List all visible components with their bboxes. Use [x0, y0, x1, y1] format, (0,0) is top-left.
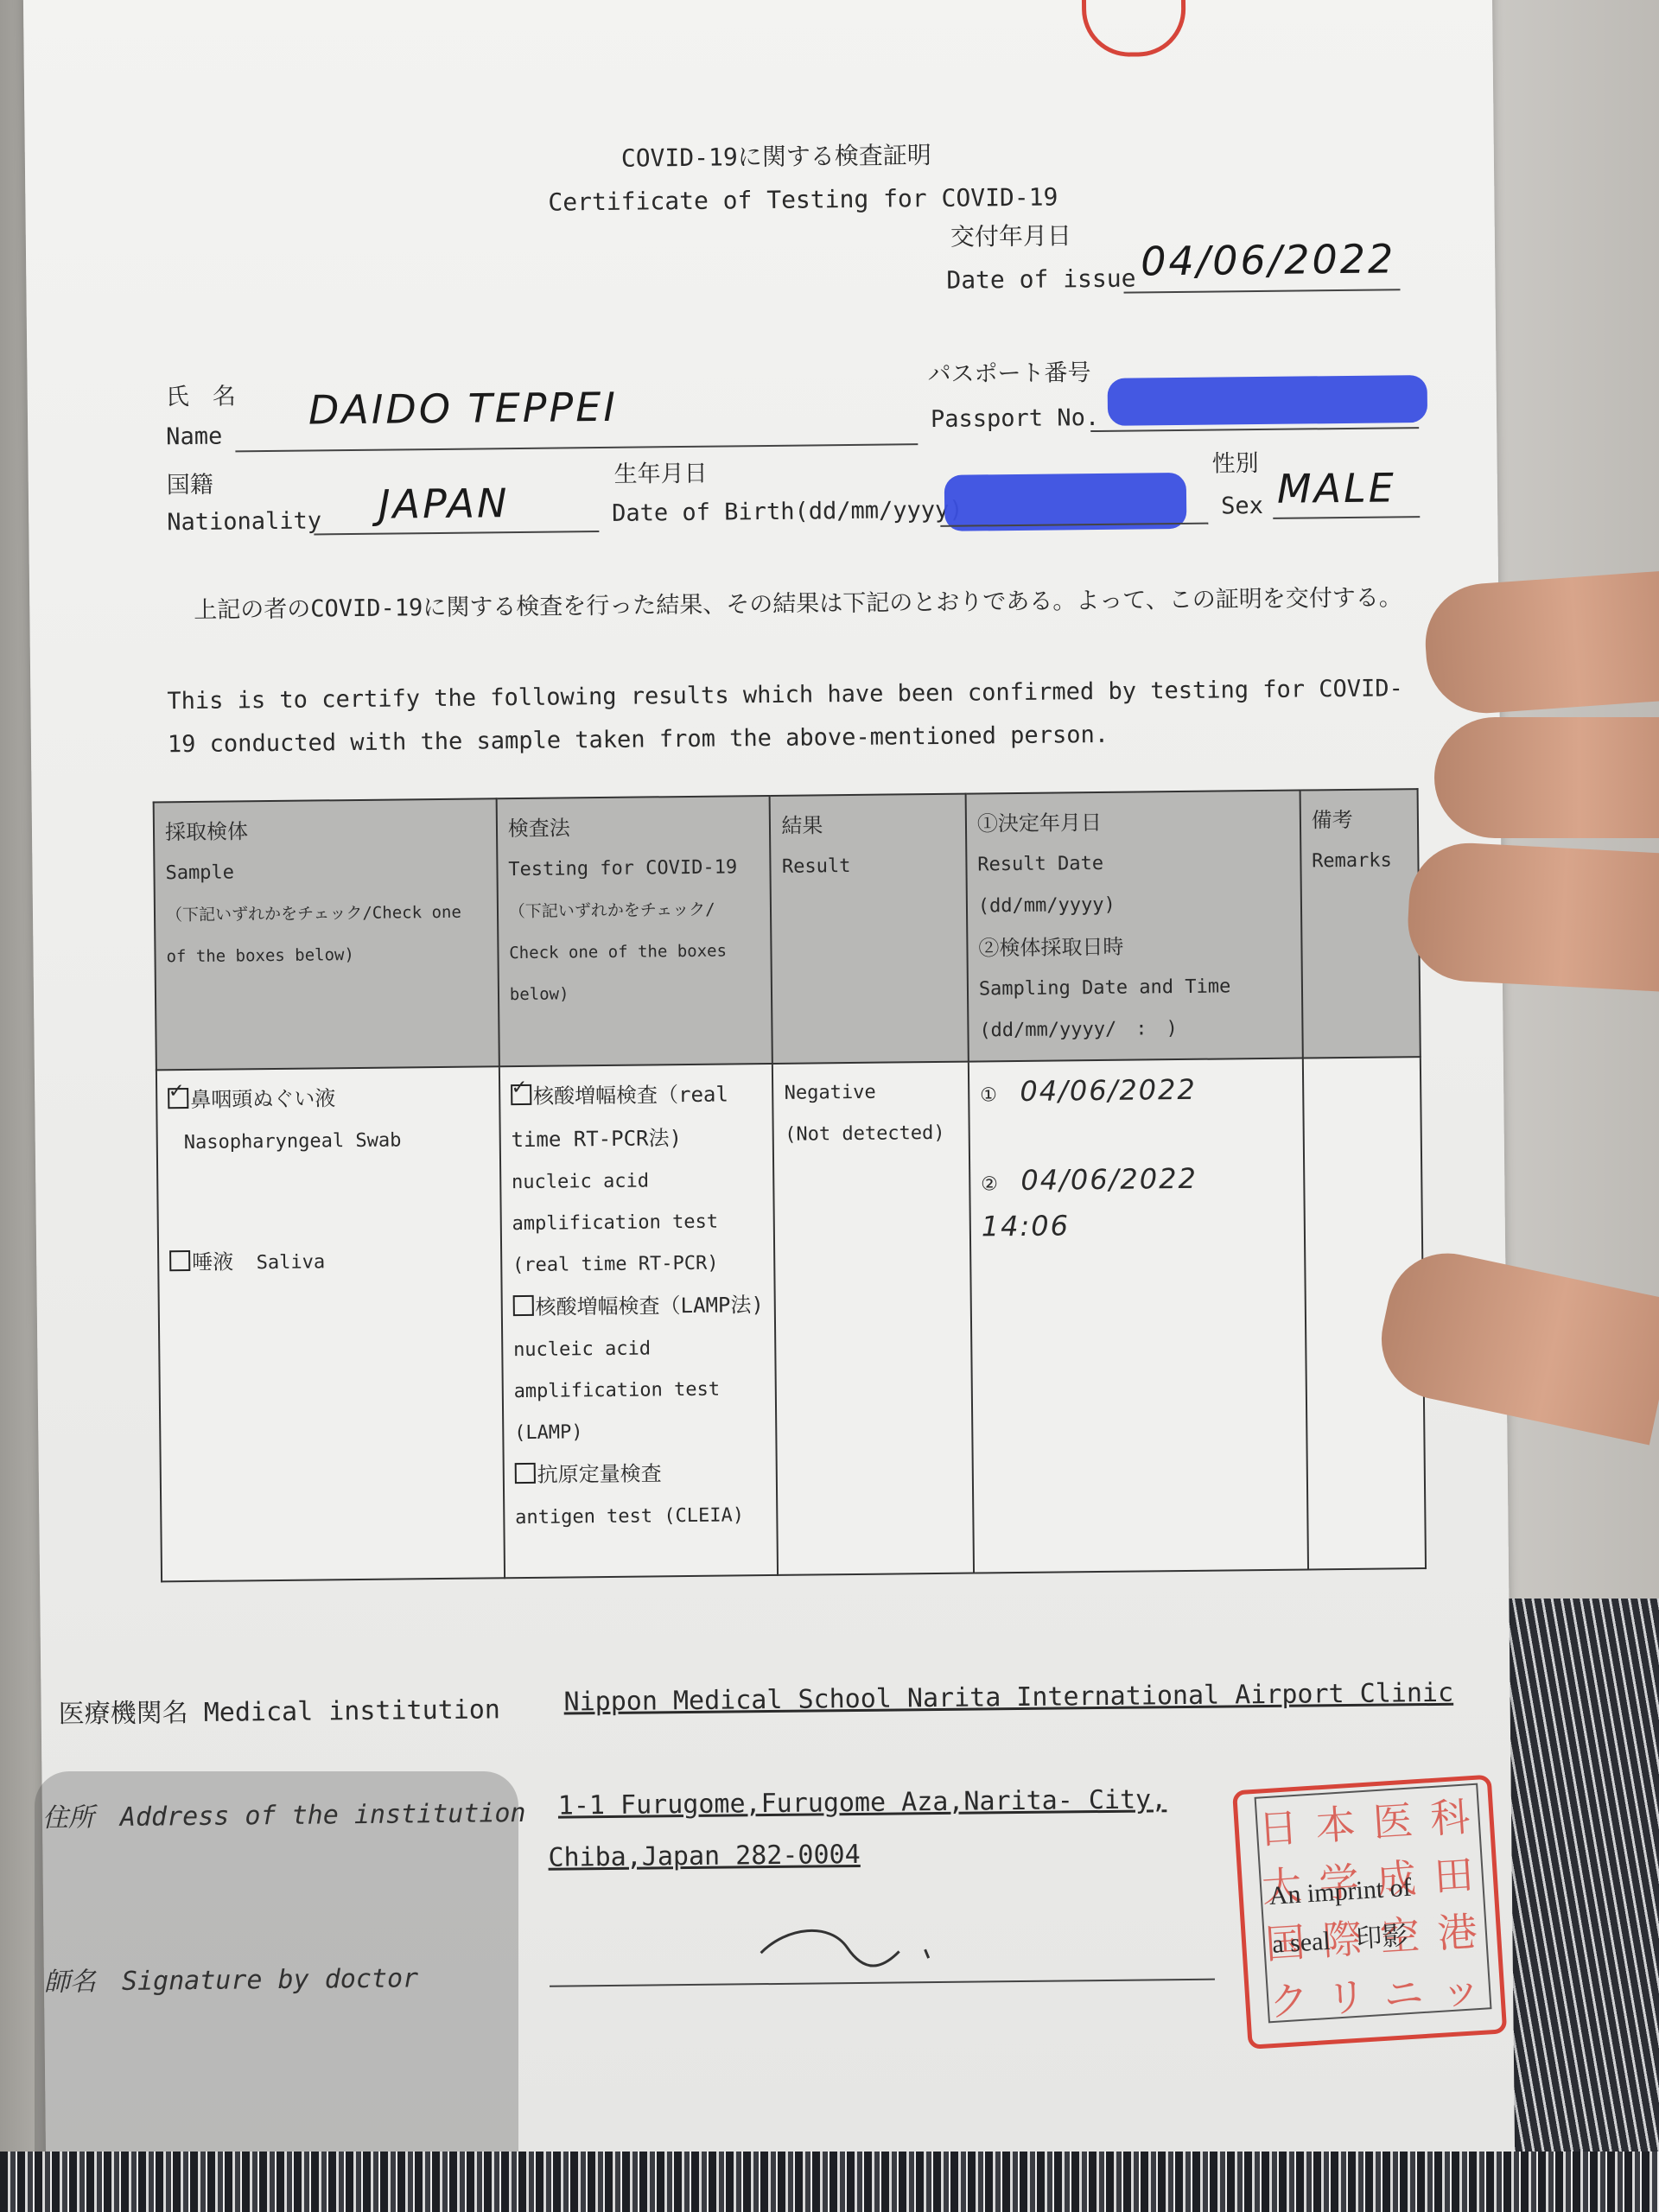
method-rtpcr-en: nucleic acid amplification test (real ti…: [512, 1160, 764, 1287]
result-date-marker: ①: [980, 1084, 997, 1106]
name-label-en: Name: [166, 423, 222, 451]
dob-label-en: Date of Birth(dd/mm/yyyy): [612, 497, 963, 527]
issue-date-label-en: Date of issue: [946, 264, 1135, 295]
sampling-date-value: 04/06/2022 14:06: [982, 1162, 1198, 1243]
result-date-value: 04/06/2022: [1020, 1073, 1197, 1108]
statement-japanese: 上記の者のCOVID-19に関する検査を行った結果、その結果は下記のとおりである…: [168, 576, 1421, 632]
method-lamp-jp: 核酸増幅検査（LAMP法): [535, 1293, 764, 1319]
seal-caption-line-2: a seal 印影: [1271, 1912, 1416, 1969]
passport-label-en: Passport No.: [931, 404, 1099, 433]
checkbox-checked-icon[interactable]: [168, 1088, 188, 1109]
sample-cell: 鼻咽頭ぬぐい液 Nasopharyngeal Swab 唾液 Saliva: [156, 1066, 505, 1581]
name-value: DAIDO TEPPEI: [308, 384, 619, 434]
header-method-jp: 検査法: [508, 805, 760, 849]
header-result-date-jp: ①決定年月日: [977, 800, 1289, 845]
header-method-en: Testing for COVID-19: [508, 847, 760, 891]
doctor-signature: [752, 1916, 977, 1980]
nationality-underline: [314, 531, 599, 535]
address-line-2: Chiba,Japan 282-0004: [548, 1840, 861, 1873]
header-method: 検査法 Testing for COVID-19 （下記いずれかをチェック/ C…: [496, 796, 772, 1066]
header-sample-en: Sample: [165, 849, 486, 894]
issue-date-value: 04/06/2022: [1141, 235, 1396, 284]
header-result: 結果 Result: [770, 794, 969, 1064]
method-lamp-en: nucleic acid amplification test (LAMP): [513, 1327, 766, 1454]
header-result-date-en: Result Date: [977, 842, 1289, 887]
institution-seal-stamp: 日本医科大学成田国際空港クリニッ An imprint of a seal 印影: [1232, 1775, 1507, 2050]
checkbox-unchecked-icon[interactable]: [514, 1463, 535, 1484]
finger: [1421, 570, 1659, 717]
passport-underline: [1090, 427, 1419, 432]
issue-date-label-jp: 交付年月日: [950, 217, 1071, 252]
method-rtpcr-jp: 核酸増幅検査（real time RT-PCR法): [511, 1082, 728, 1152]
thumb: [1370, 1243, 1659, 1446]
finger: [1434, 717, 1659, 838]
header-sampling-date-format: (dd/mm/yyyy/ : ): [979, 1007, 1291, 1052]
header-sampling-date-jp: ②検体採取日時: [978, 925, 1290, 969]
nationality-value: JAPAN: [378, 480, 510, 528]
nationality-label-en: Nationality: [167, 507, 321, 536]
sample-saliva-en: Saliva: [257, 1251, 326, 1274]
sex-underline: [1273, 516, 1420, 519]
sex-label-jp: 性別: [1211, 444, 1258, 479]
finger: [1405, 840, 1659, 991]
result-value: Negative: [784, 1071, 957, 1115]
result-cell: Negative (Not detected): [772, 1062, 974, 1575]
statement-english: This is to certify the following results…: [167, 667, 1429, 766]
dob-label-jp: 生年月日: [613, 454, 707, 489]
header-remarks-en: Remarks: [1312, 840, 1408, 882]
sample-option-saliva[interactable]: 唾液 Saliva: [169, 1238, 490, 1285]
checkbox-checked-icon[interactable]: [511, 1084, 531, 1105]
sample-swab-jp: 鼻咽頭ぬぐい液: [190, 1086, 335, 1112]
method-option-lamp[interactable]: 核酸増幅検査（LAMP法): [512, 1284, 764, 1330]
checkbox-unchecked-icon[interactable]: [512, 1295, 533, 1316]
results-table: 採取検体 Sample （下記いずれかをチェック/Check one of th…: [153, 788, 1427, 1582]
title-japanese: COVID-19に関する検査証明: [621, 137, 931, 175]
signature-underline: [550, 1979, 1215, 1987]
header-sample-jp: 採取検体: [165, 808, 486, 853]
name-label-jp: 氏 名: [166, 377, 236, 411]
nationality-label-jp: 国籍: [167, 466, 213, 500]
sample-saliva-jp: 唾液: [192, 1250, 233, 1275]
header-remarks-jp: 備考: [1311, 798, 1407, 841]
header-sample: 採取検体 Sample （下記いずれかをチェック/Check one of th…: [154, 798, 499, 1070]
method-option-rtpcr[interactable]: 核酸増幅検査（real time RT-PCR法): [511, 1073, 763, 1162]
sample-swab-en: Nasopharyngeal Swab: [168, 1119, 489, 1164]
header-sampling-date-en: Sampling Date and Time: [979, 966, 1291, 1011]
method-antigen-en: antigen test (CLEIA): [515, 1495, 766, 1539]
table-header-row: 採取検体 Sample （下記いずれかをチェック/Check one of th…: [154, 789, 1421, 1070]
header-sample-note: （下記いずれかをチェック/Check one of the boxes belo…: [166, 891, 487, 977]
method-antigen-jp: 抗原定量検査: [537, 1461, 661, 1487]
header-result-date-format: (dd/mm/yyyy): [978, 883, 1290, 928]
background-striped-fabric-bottom: [0, 2152, 1659, 2212]
photo-shadow: [35, 1771, 518, 2186]
seal-caption-line-1: An imprint of: [1268, 1864, 1413, 1921]
checkbox-unchecked-icon[interactable]: [169, 1250, 190, 1271]
sampling-date-marker: ②: [981, 1173, 998, 1195]
passport-label-jp: パスポート番号: [927, 353, 1090, 389]
name-underline: [235, 443, 918, 452]
sex-label-en: Sex: [1221, 493, 1263, 520]
holding-hand: [1400, 570, 1659, 1434]
header-method-note: （下記いずれかをチェック/ Check one of the boxes bel…: [509, 888, 761, 1015]
title-english: Certificate of Testing for COVID-19: [548, 182, 1058, 216]
sample-option-swab[interactable]: 鼻咽頭ぬぐい液: [168, 1076, 488, 1122]
header-result-en: Result: [782, 845, 956, 888]
passport-redaction: [1108, 375, 1428, 426]
header-result-jp: 結果: [781, 804, 955, 847]
seal-caption: An imprint of a seal 印影: [1268, 1864, 1416, 1969]
method-option-antigen[interactable]: 抗原定量検査: [514, 1452, 766, 1497]
header-dates: ①決定年月日 Result Date (dd/mm/yyyy) ②検体採取日時 …: [966, 791, 1303, 1062]
issue-date-underline: [1124, 289, 1401, 293]
method-cell: 核酸増幅検査（real time RT-PCR法) nucleic acid a…: [499, 1064, 779, 1578]
sex-value: MALE: [1277, 464, 1396, 512]
dates-cell: ① 04/06/2022 ② 04/06/2022 14:06: [969, 1058, 1308, 1573]
institution-name: Nippon Medical School Narita Internation…: [563, 1678, 1453, 1718]
top-seal-stamp: [1082, 0, 1186, 57]
address-line-1: 1-1 Furugome,Furugome Aza,Narita- City,: [558, 1784, 1167, 1821]
table-row: 鼻咽頭ぬぐい液 Nasopharyngeal Swab 唾液 Saliva 核酸…: [156, 1057, 1426, 1581]
result-detail: (Not detected): [785, 1113, 958, 1156]
institution-label: 医療機関名 Medical institution: [58, 1688, 500, 1730]
